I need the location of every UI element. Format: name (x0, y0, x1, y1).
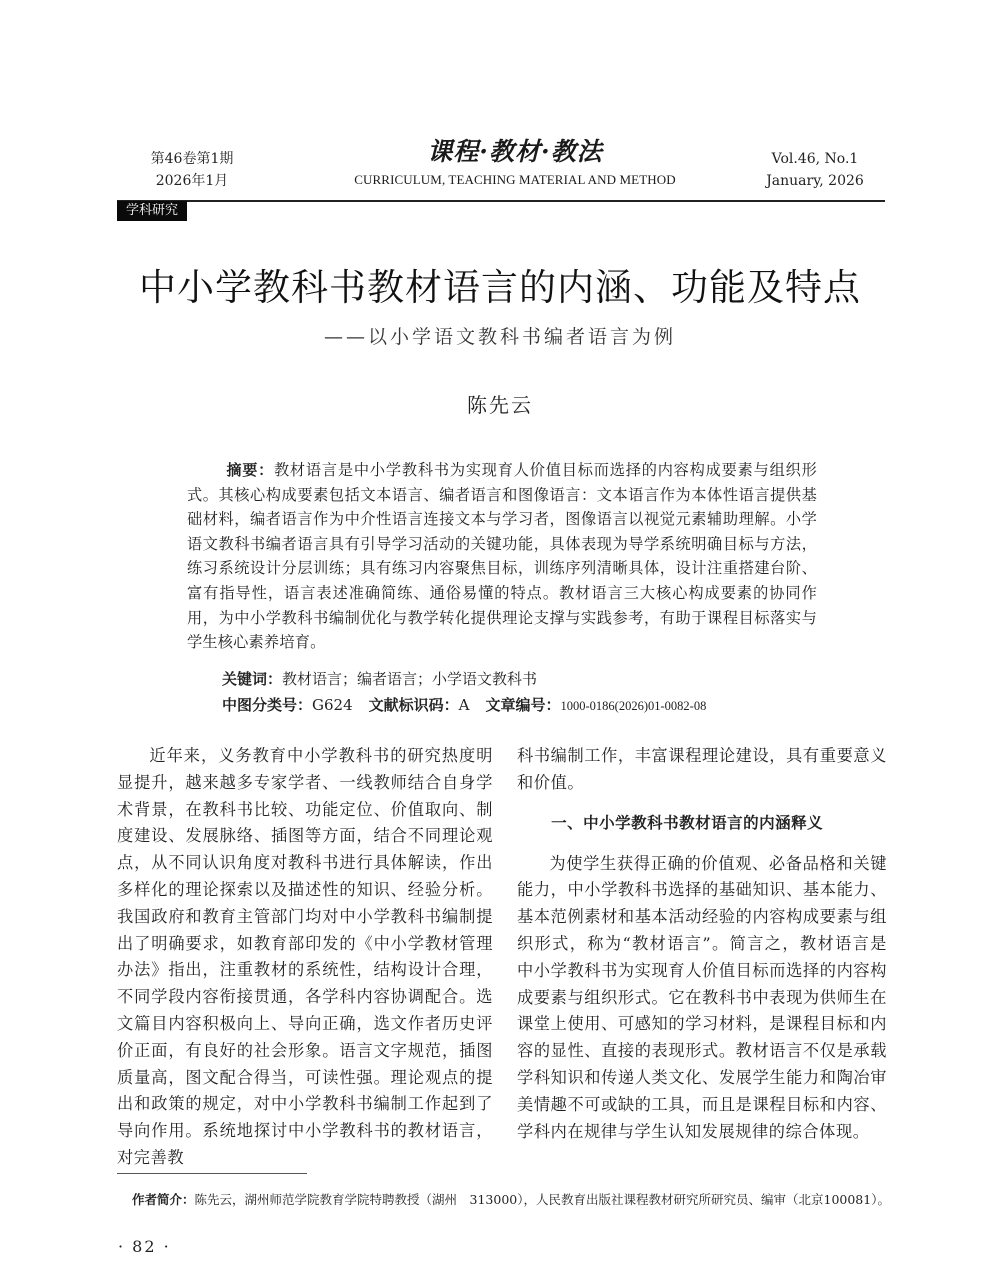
journal-title-cn: 课程·教材·教法 (300, 136, 730, 168)
footnote-label: 作者简介： (132, 1192, 195, 1207)
body-paragraph: 为使学生获得正确的价值观、必备品格和关键能力，中小学教科书选择的基础知识、基本能… (517, 851, 887, 1146)
footnote-text: 陈先云，湖州师范学院教育学院特聘教授（湖州 313000），人民教育出版社课程教… (195, 1192, 890, 1207)
page-number: · 82 · (118, 1236, 171, 1258)
footnote-rule (117, 1173, 307, 1174)
article-subtitle: ——以小学语文教科书编者语言为例 (100, 322, 900, 352)
keywords-label: 关键词： (222, 670, 282, 688)
article-no-label: 文章编号： (486, 696, 561, 714)
journal-masthead: 课程·教材·教法 CURRICULUM, TEACHING MATERIAL A… (300, 136, 730, 190)
body-paragraph: 近年来，义务教育中小学教科书的研究热度明显提升，越来越多专家学者、一线教师结合自… (117, 743, 493, 1172)
header-rule (117, 200, 885, 202)
doc-code-value: A (459, 696, 470, 714)
issue-info-en: Vol.46, No.1 January, 2026 (760, 148, 870, 192)
body-paragraph-continuation: 科书编制工作，丰富课程理论建设，具有重要意义和价值。 (517, 743, 887, 797)
doc-code-label: 文献标识码： (369, 696, 459, 714)
article-no-value: 1000-0186(2026)01-0082-08 (561, 699, 707, 713)
section-tag: 学科研究 (117, 201, 187, 221)
volume-issue-en: Vol.46, No.1 (760, 148, 870, 170)
publication-date-en: January, 2026 (760, 170, 870, 192)
journal-title-en: CURRICULUM, TEACHING MATERIAL AND METHOD (300, 170, 730, 190)
classification-info: 中图分类号：G624文献标识码：A文章编号：1000-0186(2026)01-… (222, 693, 842, 718)
abstract-label: 摘要： (227, 461, 274, 479)
abstract-text: 教材语言是中小学教科书为实现育人价值目标而选择的内容构成要素与组织形式。其核心构… (187, 461, 817, 651)
clc-label: 中图分类号： (222, 696, 312, 714)
author-footnote: 作者简介：陈先云，湖州师范学院教育学院特聘教授（湖州 313000），人民教育出… (112, 1189, 892, 1210)
volume-issue-cn: 第46卷第1期 (117, 148, 267, 170)
abstract: 摘要：教材语言是中小学教科书为实现育人价值目标而选择的内容构成要素与组织形式。其… (187, 458, 817, 655)
article-title: 中小学教科书教材语言的内涵、功能及特点 (100, 264, 900, 312)
body-column-left: 近年来，义务教育中小学教科书的研究热度明显提升，越来越多专家学者、一线教师结合自… (117, 743, 493, 1172)
body-column-right: 科书编制工作，丰富课程理论建设，具有重要意义和价值。 一、中小学教科书教材语言的… (517, 743, 887, 1145)
article-author: 陈先云 (100, 390, 900, 420)
clc-value: G624 (312, 696, 353, 714)
keywords-text: 教材语言；编者语言；小学语文教科书 (282, 670, 537, 688)
section-heading: 一、中小学教科书教材语言的内涵释义 (517, 810, 887, 836)
publication-date-cn: 2026年1月 (117, 170, 267, 192)
issue-info-cn: 第46卷第1期 2026年1月 (117, 148, 267, 192)
keywords: 关键词：教材语言；编者语言；小学语文教科书 (222, 667, 822, 691)
